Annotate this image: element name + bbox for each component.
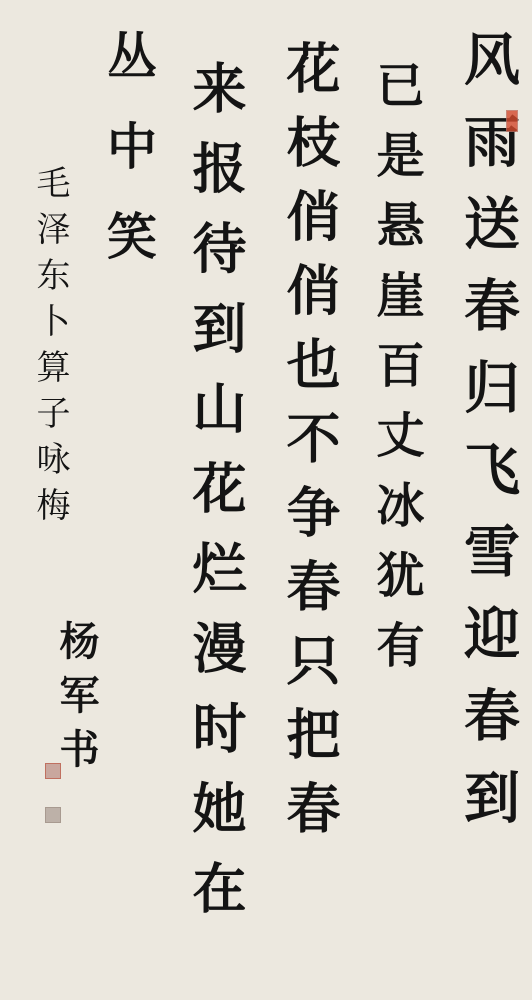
calligraphy-column-4: 来报待到山花烂漫时她在 (178, 60, 255, 940)
calligraphy-column-2: 已是悬崖百丈冰犹有 (362, 60, 431, 690)
calligraphy-column-3: 花枝俏俏也不争春只把春 (272, 40, 349, 854)
calligraphy-column-1: 风雨送春归飞雪迎春到 (448, 30, 528, 850)
inscription-title: 毛泽东卜算子咏梅 (26, 165, 75, 533)
signature: 杨军书 (48, 620, 105, 782)
calligraphy-column-5: 丛中笑 (92, 30, 164, 300)
name-seal-icon (45, 763, 61, 779)
studio-seal-icon (45, 807, 61, 823)
calligraphy-scroll: 风雨送春归飞雪迎春到 已是悬崖百丈冰犹有 花枝俏俏也不争春只把春 来报待到山花烂… (0, 0, 532, 1000)
leading-seal-icon (506, 110, 518, 132)
